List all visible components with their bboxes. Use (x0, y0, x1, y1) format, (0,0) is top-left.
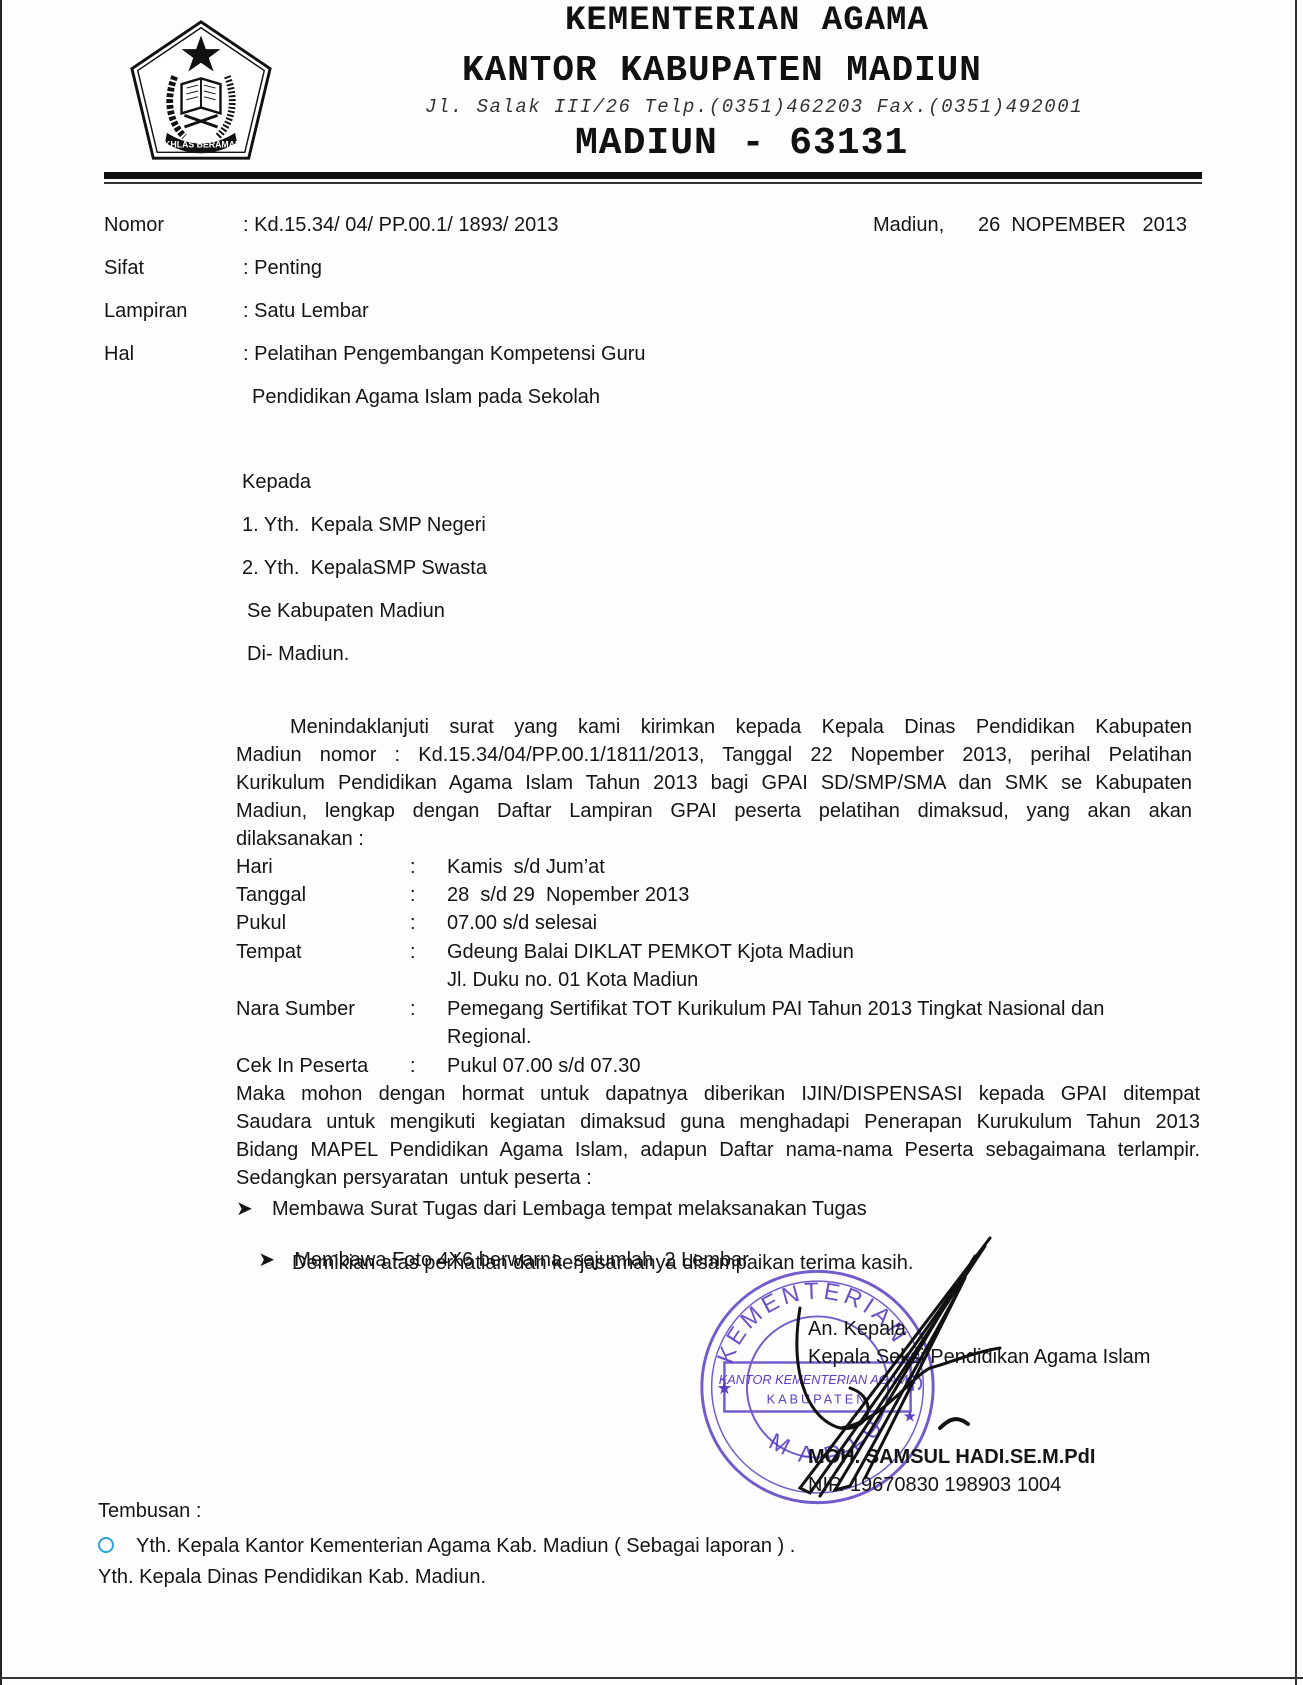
schedule-sep: : (410, 998, 416, 1021)
recipient-line-3: Se Kabupaten Madiun (247, 600, 445, 623)
meta-value-hal-continued: Pendidikan Agama Islam pada Sekolah (252, 386, 600, 409)
schedule-label-tanggal: Tanggal (236, 884, 306, 907)
handwritten-signature-icon (780, 1228, 1020, 1518)
scan-edge-left (0, 0, 2, 1685)
body-para1-last: dilaksanakan : (236, 828, 364, 851)
schedule-label-nara-sumber: Nara Sumber (236, 998, 355, 1021)
body-para2-line-1: Maka mohon dengan hormat untuk dapatnya … (236, 1083, 1200, 1106)
body-para2-line-3: Bidang MAPEL Pendidikan Agama Islam, ada… (236, 1139, 1200, 1162)
recipient-line-2: 2. Yth. KepalaSMP Swasta (242, 557, 487, 580)
requirement-item: ➤Membawa Surat Tugas dari Lembaga tempat… (236, 1196, 867, 1221)
letterhead-divider-thick (104, 172, 1202, 179)
schedule-label-tempat: Tempat (236, 941, 302, 964)
arrowhead-bullet-icon: ➤ (258, 1247, 294, 1272)
letterhead-divider-thin (104, 182, 1202, 184)
schedule-label-hari: Hari (236, 856, 273, 879)
scan-edge-bottom (0, 1677, 1303, 1679)
recipient-line-1: 1. Yth. Kepala SMP Negeri (242, 514, 486, 537)
letterhead-office: KANTOR KABUPATEN MADIUN (462, 50, 982, 91)
recipient-greeting: Kepada (242, 471, 311, 494)
letter-date: 26 NOPEMBER 2013 (978, 214, 1187, 237)
schedule-value-tanggal: 28 s/d 29 Nopember 2013 (447, 884, 689, 907)
body-para1-line-3: Kurikulum Pendidikan Agama Islam Tahun 2… (236, 772, 1192, 795)
schedule-label-pukul: Pukul (236, 912, 286, 935)
schedule-sep: : (410, 912, 416, 935)
schedule-sep: : (410, 1055, 416, 1078)
letterhead-city-zip: MADIUN - 63131 (575, 122, 908, 165)
body-para1-line-4: Madiun, lengkap dengan Daftar Lampiran G… (236, 800, 1192, 823)
arrowhead-bullet-icon: ➤ (236, 1196, 272, 1221)
letterhead-ministry: KEMENTERIAN AGAMA (565, 2, 929, 40)
body-para1-line-1: Menindaklanjuti surat yang kami kirimkan… (290, 716, 1192, 739)
meta-value-hal: : Pelatihan Pengembangan Kompetensi Guru (243, 343, 646, 366)
body-para1-line-2: Madiun nomor : Kd.15.34/04/PP.00.1/1811/… (236, 744, 1192, 767)
schedule-value-nara-sumber: Pemegang Sertifikat TOT Kurikulum PAI Ta… (447, 998, 1104, 1021)
schedule-label-cek-in: Cek In Peserta (236, 1055, 368, 1078)
meta-label-sifat: Sifat (104, 257, 144, 280)
schedule-value-nara-sumber-line2: Regional. (447, 1026, 532, 1049)
date-place: Madiun, (873, 214, 944, 237)
schedule-value-tempat: Gdeung Balai DIKLAT PEMKOT Kjota Madiun (447, 941, 854, 964)
kementerian-agama-emblem-icon: IKHLAS BERAMAL (128, 18, 274, 164)
scan-edge-right (1295, 0, 1297, 1685)
body-para2-line-2: Saudara untuk mengikuti kegiatan dimaksu… (236, 1111, 1200, 1134)
schedule-value-pukul: 07.00 s/d selesai (447, 912, 597, 935)
schedule-sep: : (410, 941, 416, 964)
recipient-line-4: Di- Madiun. (247, 643, 349, 666)
meta-value-nomor: : Kd.15.34/ 04/ PP.00.1/ 1893/ 2013 (243, 214, 558, 237)
meta-label-hal: Hal (104, 343, 134, 366)
circle-bullet-icon (98, 1537, 114, 1553)
meta-label-nomor: Nomor (104, 214, 164, 237)
letter-page: IKHLAS BERAMAL KEMENTERIAN AGAMA KANTOR … (0, 0, 1303, 1685)
schedule-sep: : (410, 856, 416, 879)
schedule-sep: : (410, 884, 416, 907)
schedule-value-hari: Kamis s/d Jum’at (447, 856, 605, 879)
cc-title: Tembusan : (98, 1500, 201, 1523)
body-para2-last: Sedangkan persyaratan untuk peserta : (236, 1167, 592, 1190)
svg-text:IKHLAS BERAMAL: IKHLAS BERAMAL (162, 139, 241, 149)
schedule-value-tempat-line2: Jl. Duku no. 01 Kota Madiun (447, 969, 698, 992)
meta-value-sifat: : Penting (243, 257, 322, 280)
cc-item: Yth. Kepala Dinas Pendidikan Kab. Madiun… (98, 1566, 486, 1589)
meta-label-lampiran: Lampiran (104, 300, 187, 323)
cc-item: Yth. Kepala Kantor Kementerian Agama Kab… (98, 1535, 795, 1558)
meta-value-lampiran: : Satu Lembar (243, 300, 369, 323)
letterhead-address: Jl. Salak III/26 Telp.(0351)462203 Fax.(… (425, 96, 1083, 118)
svg-text:★: ★ (717, 1378, 733, 1398)
schedule-value-cek-in: Pukul 07.00 s/d 07.30 (447, 1055, 640, 1078)
